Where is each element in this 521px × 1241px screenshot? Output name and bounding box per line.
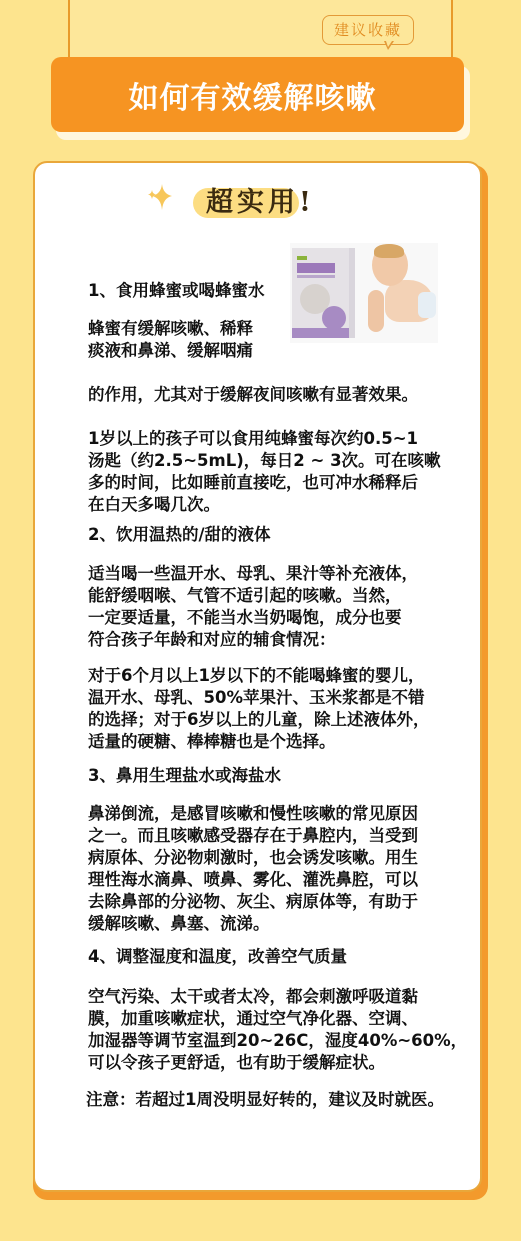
section-2-para1-line: 一定要适量，不能当水当奶喝饱，成分也要 [88,607,402,629]
section-2-heading: 2、饮用温热的/甜的液体 [88,524,271,546]
section-2-para2-line: 温开水、母乳、50%苹果汁、玉米浆都是不错 [88,687,425,709]
section-4-para1-line: 空气污染、太干或者太冷，都会刺激呼吸道黏 [88,986,418,1008]
section-2-para1-line: 符合孩子年龄和对应的辅食情况： [88,629,336,651]
section-1-heading: 1、食用蜂蜜或喝蜂蜜水 [88,280,264,302]
section-2-para2-line: 的选择；对于6岁以上的儿童，除上述液体外， [88,709,429,731]
brand-logo [297,256,307,260]
baby-diaper [418,292,436,318]
page-title: 如何有效缓解咳嗽 [129,73,377,117]
baby-hair [374,244,404,258]
box-label [297,263,335,273]
section-1-line: 蜂蜜有缓解咳嗽、稀释 [88,318,253,340]
section-3-para1-line: 缓解咳嗽、鼻塞、流涕。 [88,913,270,935]
section-3-para1-line: 病原体、分泌物刺激时，也会诱发咳嗽。用生 [88,847,418,869]
section-3-para1-line: 去除鼻部的分泌物、灰尘、病原体等，有助于 [88,891,418,913]
speech-bubble-tail-inner [386,41,392,47]
section-1-line: 的作用，尤其对于缓解夜间咳嗽有显著效果。 [88,384,418,406]
title-banner: 如何有效缓解咳嗽 [51,57,464,132]
section-4-para1-line: 加湿器等调节室温到20~26C，湿度40%~60%， [88,1030,467,1052]
sparkle-icon [146,182,176,212]
section-3-para1-line: 之一。而且咳嗽感受器存在于鼻腔内，当受到 [88,825,418,847]
badge-text: 超实用! [206,180,315,219]
section-1-para2-line: 汤匙（约2.5~5mL)，每日2 ~ 3次。可在咳嗽 [88,450,441,472]
section-2-para2-line: 对于6个月以上1岁以下的不能喝蜂蜜的婴儿， [88,665,424,687]
section-1-line: 痰液和鼻涕、缓解咽痛 [88,340,253,362]
section-4-para1-line: 可以令孩子更舒适，也有助于缓解症状。 [88,1052,385,1074]
bookmark-tag: 建议收藏 [322,15,414,45]
section-1-para2-line: 多的时间，比如睡前直接吃，也可冲水稀释后 [88,472,418,494]
section-3-heading: 3、鼻用生理盐水或海盐水 [88,765,281,787]
box-bottom-band [292,328,349,338]
section-4-heading: 4、调整湿度和温度，改善空气质量 [88,946,347,968]
warning-note: 注意：若超过1周没明显好转的，建议及时就医。 [86,1089,444,1111]
section-2-para1-line: 适当喝一些温开水、母乳、果汁等补充液体， [88,563,418,585]
section-3-para1-line: 鼻涕倒流，是感冒咳嗽和慢性咳嗽的常见原因 [88,803,418,825]
section-1-para2-line: 1岁以上的孩子可以食用纯蜂蜜每次约0.5~1 [88,428,418,450]
baby-arm [368,290,384,332]
section-4-para1-line: 膜，加重咳嗽症状，通过空气净化器、空调、 [88,1008,418,1030]
lion-icon [322,306,346,330]
section-2-para2-line: 适量的硬糖、棒棒糖也是个选择。 [88,731,336,753]
section-1-para2-line: 在白天多喝几次。 [88,494,220,516]
section-3-para1-line: 理性海水滴鼻、喷鼻、雾化、灌洗鼻腔，可以 [88,869,418,891]
section-2-para1-line: 能舒缓咽喉、气管不适引起的咳嗽。当然， [88,585,402,607]
product-box-image [292,248,355,338]
box-sublabel [297,275,335,278]
